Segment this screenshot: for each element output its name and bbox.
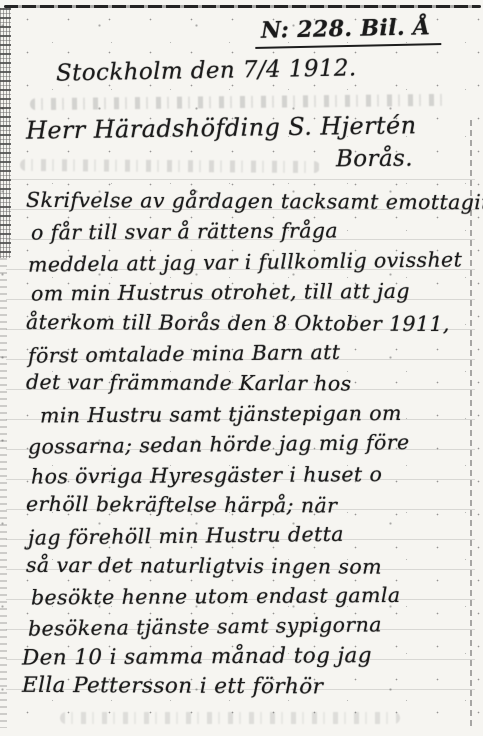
handwritten-line: först omtalade mina Barn att [28,335,469,371]
handwritten-line: det var främmande Karlar hos [26,367,469,400]
handwritten-line: besökte henne utom endast gamla [31,580,469,613]
handwritten-line: jag förehöll min Hustru detta [28,518,469,554]
ink-bleedthrough-smudge [30,94,450,110]
handwritten-line: Den 10 i samma månad tog jag [22,640,469,674]
scan-edge-noise [0,8,11,258]
handwritten-line: o får till svar å rättens fråga [31,215,469,248]
scanned-letter-page: N: 228. Bil. Å Stockholm den 7/4 1912. H… [0,0,483,736]
dateline: Stockholm den 7/4 1912. [56,55,357,86]
handwritten-line: så var det naturligtvis ingen som [26,550,469,583]
addressee-place: Borås. [336,146,413,173]
handwritten-line: besökena tjänste samt sypigorna [28,609,469,645]
addressee-line: Herr Häradshöfding S. Hjertén [26,111,417,144]
handwritten-line: Skrifvelse av gårdagen tacksamt emottagi… [26,185,469,218]
scan-border-top-line [4,5,481,8]
reference-number: N: 228. Bil. Å [255,14,441,49]
handwritten-line: erhöll bekräftelse härpå; när [26,489,469,522]
letter-body: Skrifvelse av gårdagen tacksamt emottagi… [26,186,469,703]
handwritten-line: hos övriga Hyresgäster i huset o [31,458,469,491]
ink-bleedthrough-smudge [20,159,320,173]
handwritten-line: gossarna; sedan hörde jag mig före [28,426,469,462]
handwritten-line: meddela att jag var i fullkomlig ovisshe… [28,244,469,280]
handwritten-line: återkom till Borås den 8 Oktober 1911, [26,306,469,339]
ink-bleedthrough-smudge [60,712,400,724]
handwritten-line: min Hustru samt tjänstepigan om [40,397,469,430]
handwritten-line: Ella Pettersson i ett förhör [22,671,469,704]
scan-edge-noise-lower [0,258,7,728]
handwritten-line: om min Hustrus otrohet, till att jag [31,276,469,309]
